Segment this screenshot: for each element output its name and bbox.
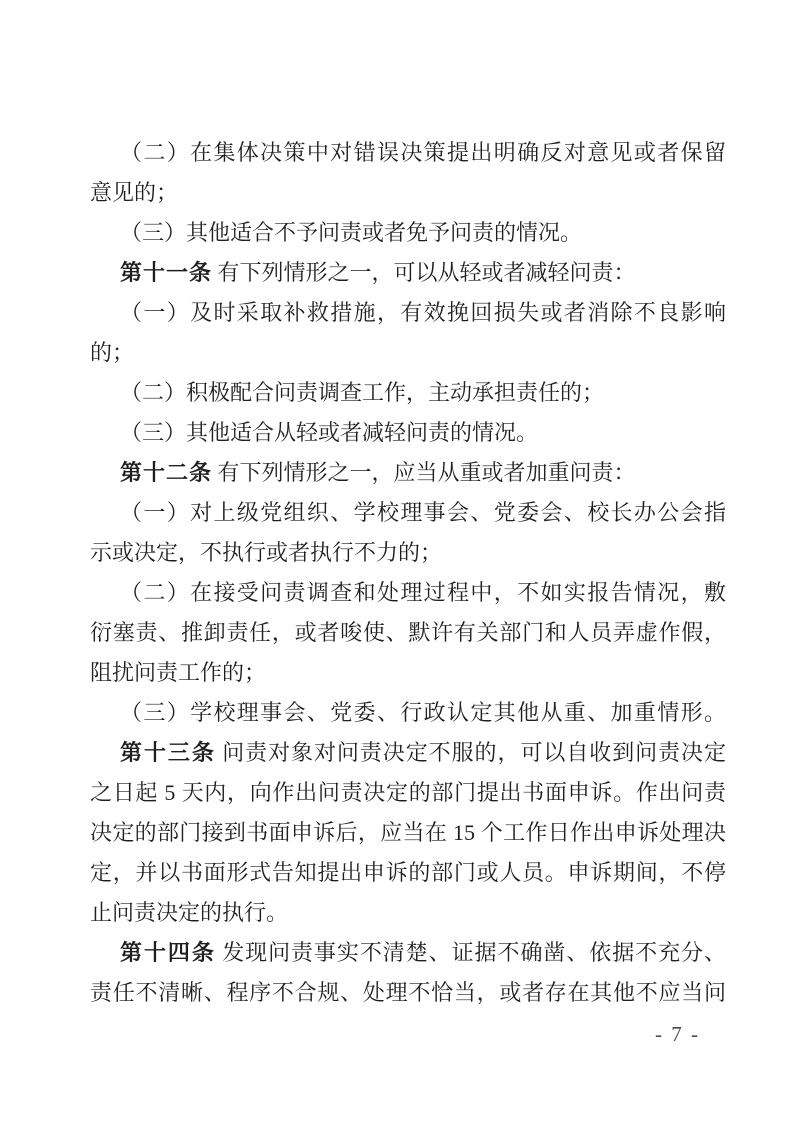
text-line: （二）在接受问责调查和处理过程中，不如实报告情况，敷	[90, 573, 726, 613]
text-segment: 有下列情形之一，应当从重或者加重问责：	[212, 460, 636, 485]
text-line: （一）及时采取补救措施，有效挽回损失或者消除不良影响	[90, 293, 726, 333]
text-segment: （二）在接受问责调查和处理过程中，不如实报告情况，敷	[120, 580, 726, 605]
text-line: 第十四条 发现问责事实不清楚、证据不确凿、依据不充分、	[90, 933, 726, 973]
text-segment: （三）其他适合从轻或者减轻问责的情况。	[120, 420, 538, 445]
document-body: （二）在集体决策中对错误决策提出明确反对意见或者保留意见的；（三）其他适合不予问…	[90, 133, 726, 1013]
text-segment: 之日起 5 天内，向作出问责决定的部门提出书面申诉。作出问责	[90, 780, 726, 805]
text-line: 的；	[90, 333, 726, 373]
text-segment: 责任不清晰、程序不合规、处理不恰当，或者存在其他不应当问	[90, 980, 726, 1005]
text-line: 之日起 5 天内，向作出问责决定的部门提出书面申诉。作出问责	[90, 773, 726, 813]
article-heading: 第十二条	[120, 460, 212, 485]
text-segment: 发现问责事实不清楚、证据不确凿、依据不充分、	[216, 940, 726, 965]
text-line: 决定的部门接到书面申诉后，应当在 15 个工作日作出申诉处理决	[90, 813, 726, 853]
text-segment: （一）及时采取补救措施，有效挽回损失或者消除不良影响	[120, 300, 726, 325]
document-page: （二）在集体决策中对错误决策提出明确反对意见或者保留意见的；（三）其他适合不予问…	[0, 0, 794, 1122]
text-line: （二）在集体决策中对错误决策提出明确反对意见或者保留	[90, 133, 726, 173]
text-line: 阻扰问责工作的；	[90, 653, 726, 693]
text-segment: 定，并以书面形式告知提出申诉的部门或人员。申诉期间，不停	[90, 860, 726, 885]
text-segment: 意见的；	[90, 180, 178, 205]
text-segment: （二）在集体决策中对错误决策提出明确反对意见或者保留	[120, 140, 726, 165]
text-segment: （三）其他适合不予问责或者免予问责的情况。	[120, 220, 582, 245]
text-line: 衍塞责、推卸责任，或者唆使、默许有关部门和人员弄虚作假，	[90, 613, 726, 653]
text-segment: （二）积极配合问责调查工作，主动承担责任的；	[120, 380, 604, 405]
text-segment: 止问责决定的执行。	[90, 900, 288, 925]
text-line: 第十三条 问责对象对问责决定不服的，可以自收到问责决定	[90, 733, 726, 773]
text-segment: 决定的部门接到书面申诉后，应当在 15 个工作日作出申诉处理决	[90, 820, 726, 845]
text-line: 止问责决定的执行。	[90, 893, 726, 933]
text-line: （三）学校理事会、党委、行政认定其他从重、加重情形。	[90, 693, 726, 733]
text-line: （三）其他适合从轻或者减轻问责的情况。	[90, 413, 726, 453]
text-line: 第十二条 有下列情形之一，应当从重或者加重问责：	[90, 453, 726, 493]
text-segment: 示或决定，不执行或者执行不力的；	[90, 540, 442, 565]
text-segment: （一）对上级党组织、学校理事会、党委会、校长办公会指	[120, 500, 726, 525]
text-segment: 的；	[90, 340, 134, 365]
text-line: （三）其他适合不予问责或者免予问责的情况。	[90, 213, 726, 253]
text-line: 责任不清晰、程序不合规、处理不恰当，或者存在其他不应当问	[90, 973, 726, 1013]
text-segment: 阻扰问责工作的；	[90, 660, 266, 685]
page-number: - 7 -	[655, 1022, 700, 1047]
article-heading: 第十三条	[120, 740, 216, 765]
text-segment: 衍塞责、推卸责任，或者唆使、默许有关部门和人员弄虚作假，	[90, 620, 726, 645]
text-segment: 问责对象对问责决定不服的，可以自收到问责决定	[216, 740, 726, 765]
text-line: （一）对上级党组织、学校理事会、党委会、校长办公会指	[90, 493, 726, 533]
text-segment: 有下列情形之一，可以从轻或者减轻问责：	[212, 260, 636, 285]
article-heading: 第十一条	[120, 260, 212, 285]
text-segment: （三）学校理事会、党委、行政认定其他从重、加重情形。	[120, 700, 726, 725]
article-heading: 第十四条	[120, 940, 216, 965]
text-line: 示或决定，不执行或者执行不力的；	[90, 533, 726, 573]
text-line: 意见的；	[90, 173, 726, 213]
text-line: （二）积极配合问责调查工作，主动承担责任的；	[90, 373, 726, 413]
text-line: 定，并以书面形式告知提出申诉的部门或人员。申诉期间，不停	[90, 853, 726, 893]
text-line: 第十一条 有下列情形之一，可以从轻或者减轻问责：	[90, 253, 726, 293]
